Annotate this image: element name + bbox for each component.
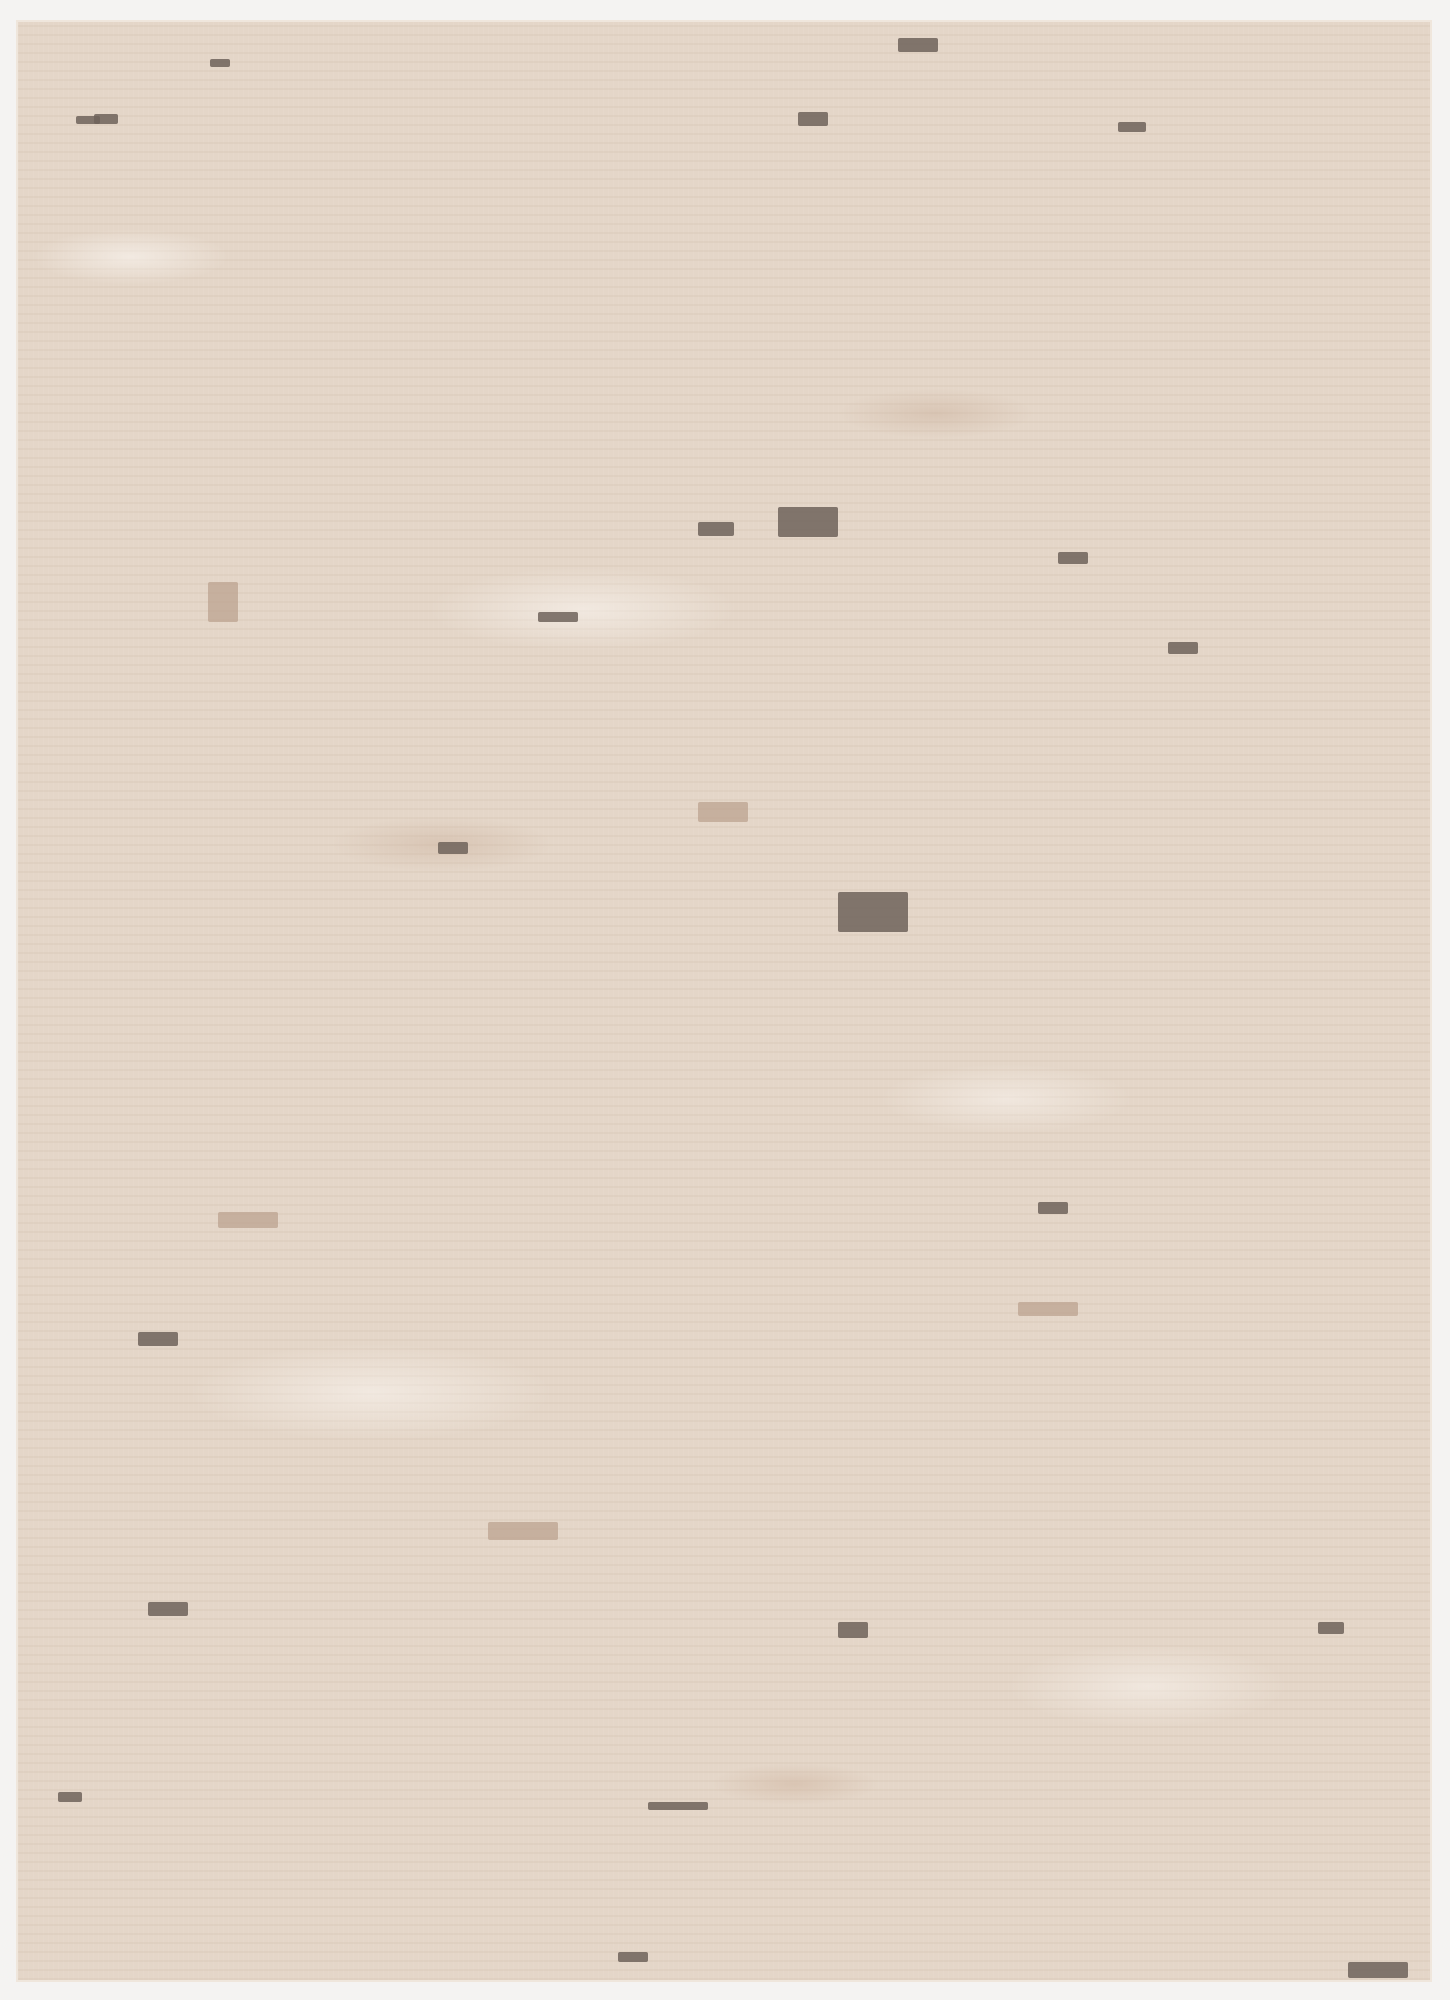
rug-mark bbox=[648, 1802, 708, 1810]
rug-mark bbox=[58, 1792, 82, 1802]
rug-mark-tan bbox=[208, 582, 238, 622]
rug-mark bbox=[698, 522, 734, 536]
rug-mark bbox=[1168, 642, 1198, 654]
rug-mark bbox=[1318, 1622, 1344, 1634]
rug-mark bbox=[1058, 552, 1088, 564]
rug-mark-tan bbox=[488, 1522, 558, 1540]
rug-mark bbox=[438, 842, 468, 854]
rug-mark bbox=[210, 59, 230, 67]
rug-texture bbox=[18, 22, 1430, 1980]
rug-mark bbox=[94, 114, 118, 124]
rug-mark bbox=[1348, 1962, 1408, 1978]
rug-mark bbox=[1118, 122, 1146, 132]
rug-mark bbox=[138, 1332, 178, 1346]
rug-mark bbox=[838, 892, 908, 932]
rug-mark-tan bbox=[1018, 1302, 1078, 1316]
rug-mark bbox=[1038, 1202, 1068, 1214]
rug-mark bbox=[148, 1602, 188, 1616]
rug-mark bbox=[898, 38, 938, 52]
rug-mark bbox=[538, 612, 578, 622]
rug-mark bbox=[838, 1622, 868, 1638]
rug-mark bbox=[778, 507, 838, 537]
rug-mark-tan bbox=[218, 1212, 278, 1228]
rug-mark bbox=[798, 112, 828, 126]
rug-mark bbox=[618, 1952, 648, 1962]
rug-mark-tan bbox=[698, 802, 748, 822]
rug-photo bbox=[16, 20, 1432, 1982]
